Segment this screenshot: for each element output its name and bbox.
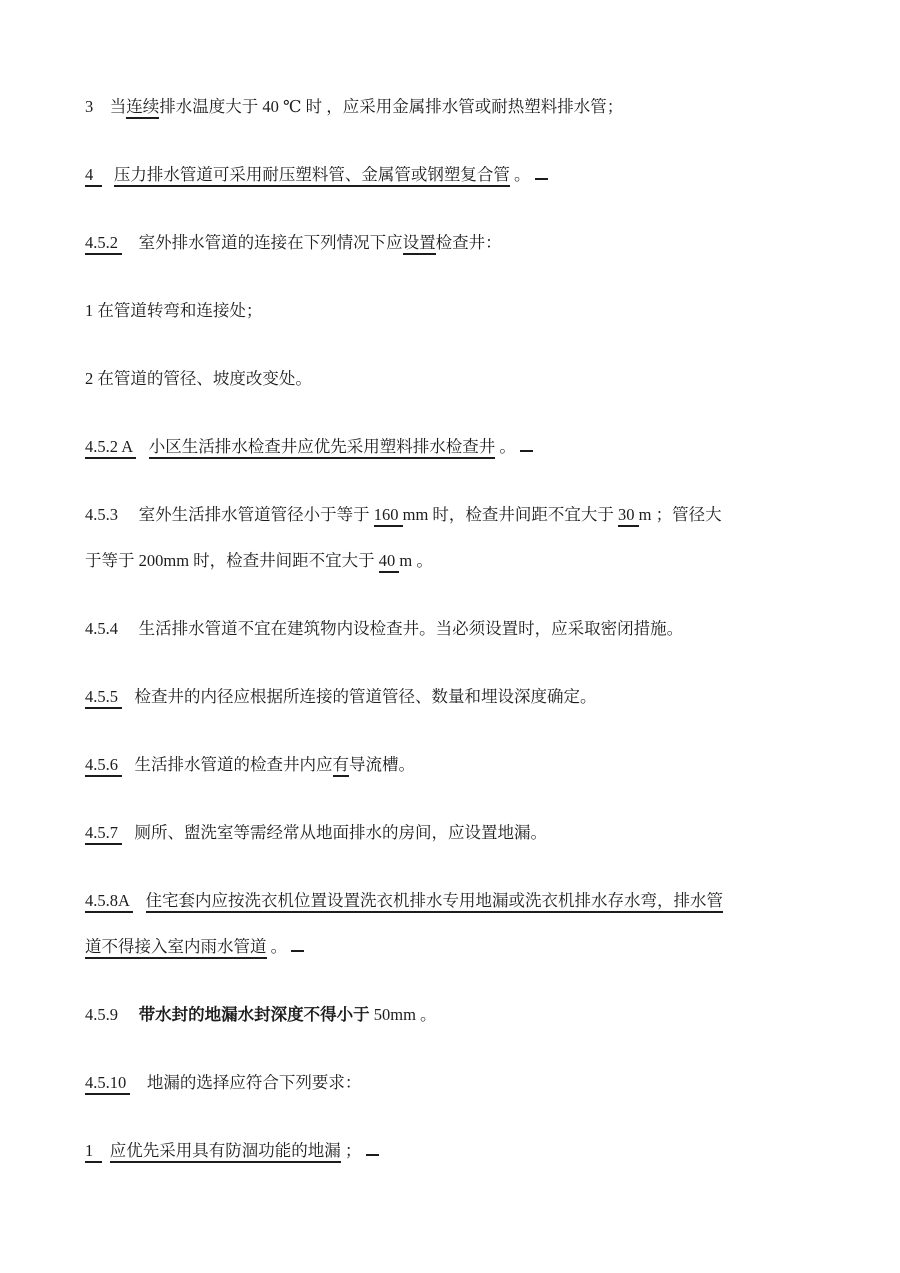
paragraph: 1 在管道转弯和连接处； [85,288,822,334]
underlined-text: 4.5.2 A [85,437,136,459]
underlined-text: 4.5.2 [85,233,122,255]
text-segment [136,437,148,456]
underlined-text: 应优先采用具有防涸功能的地漏 [110,1141,341,1163]
text-segment: 检查井： [436,233,502,252]
underline-mark [535,163,548,180]
paragraph: 4.5.6 生活排水管道的检查井内应有导流槽。 [85,742,822,788]
text-segment: 检查井的内径应根据所连接的管道管径、数量和埋设深度确定。 [122,687,596,706]
text-segment: 3 当 [85,97,126,116]
paragraph: 4.5.7 厕所、盥洗室等需经常从地面排水的房间，应设置地漏。 [85,810,822,856]
underlined-text: 住宅套内应按洗衣机位置设置洗衣机排水专用地漏或洗衣机排水存水弯，排水管 道不得接… [85,891,723,959]
underlined-text: 4.5.7 [85,823,122,845]
underlined-text: 4 [85,165,102,187]
underlined-text: 连续 [126,97,159,119]
underlined-text: 4.5.8A [85,891,133,913]
text-segment: ； [341,1141,366,1160]
text-segment: 生活排水管道的检查井内应 [122,755,332,774]
underline-mark [366,1139,379,1156]
text-segment: 导流槽。 [349,755,415,774]
text-segment: m 。 [399,551,432,570]
underlined-text: 有 [333,755,350,777]
text-segment: mm 时，检查井间距不宜大于 [403,505,618,524]
text-segment: 。 [267,937,292,956]
text-segment: 50mm 。 [370,1005,437,1024]
bold-text: 带水封的地漏水封深度不得小于 [139,1005,370,1024]
underlined-text: 小区生活排水检查井应优先采用塑料排水检查井 [149,437,496,459]
paragraph: 4 压力排水管道可采用耐压塑料管、金属管或钢塑复合管 。 [85,152,822,198]
underlined-text: 1 [85,1141,102,1163]
text-segment [133,891,145,910]
paragraph: 4.5.3 室外生活排水管道管径小于等于 160 mm 时，检查井间距不宜大于 … [85,492,822,584]
text-segment: 排水温度大于 40 ℃ 时 ，应采用金属排水管或耐热塑料排水管； [159,97,623,116]
underline-mark [520,435,533,452]
text-segment [102,165,114,184]
underlined-text: 4.5.10 [85,1073,130,1095]
paragraph: 4.5.2 室外排水管道的连接在下列情况下应设置检查井： [85,220,822,266]
text-segment: 室外排水管道的连接在下列情况下应 [122,233,403,252]
paragraph: 4.5.4 生活排水管道不宜在建筑物内设检查井。当必须设置时，应采取密闭措施。 [85,606,822,652]
text-segment: 地漏的选择应符合下列要求： [130,1073,361,1092]
paragraph: 2 在管道的管径、坡度改变处。 [85,356,822,402]
paragraph: 4.5.9 带水封的地漏水封深度不得小于 50mm 。 [85,992,822,1038]
underlined-text: 40 [379,551,400,573]
text-segment: 厕所、盥洗室等需经常从地面排水的房间，应设置地漏。 [122,823,547,842]
text-segment: 1 在管道转弯和连接处； [85,301,262,320]
text-segment: 。 [510,165,535,184]
text-segment: 2 在管道的管径、坡度改变处。 [85,369,312,388]
underlined-text: 设置 [403,233,436,255]
text-segment: 4.5.3 室外生活排水管道管径小于等于 [85,505,374,524]
underline-mark [291,935,304,952]
paragraph: 4.5.5 检查井的内径应根据所连接的管道管径、数量和埋设深度确定。 [85,674,822,720]
underlined-text: 4.5.6 [85,755,122,777]
underlined-text: 30 [618,505,639,527]
paragraph: 1 应优先采用具有防涸功能的地漏 ； [85,1128,822,1174]
text-segment: 。 [495,437,520,456]
text-segment: 4.5.9 [85,1005,139,1024]
paragraph: 3 当连续排水温度大于 40 ℃ 时 ，应采用金属排水管或耐热塑料排水管； [85,84,822,130]
text-segment: 4.5.4 生活排水管道不宜在建筑物内设检查井。当必须设置时，应采取密闭措施。 [85,619,683,638]
paragraph: 4.5.8A 住宅套内应按洗衣机位置设置洗衣机排水专用地漏或洗衣机排水存水弯，排… [85,878,822,970]
document-page: 3 当连续排水温度大于 40 ℃ 时 ，应采用金属排水管或耐热塑料排水管；4 压… [0,0,900,1273]
paragraph: 4.5.10 地漏的选择应符合下列要求： [85,1060,822,1106]
document-content: 3 当连续排水温度大于 40 ℃ 时 ，应采用金属排水管或耐热塑料排水管；4 压… [85,84,822,1174]
paragraph: 4.5.2 A 小区生活排水检查井应优先采用塑料排水检查井 。 [85,424,822,470]
underlined-text: 4.5.5 [85,687,122,709]
underlined-text: 压力排水管道可采用耐压塑料管、金属管或钢塑复合管 [114,165,510,187]
text-segment [102,1141,110,1160]
underlined-text: 160 [374,505,403,527]
